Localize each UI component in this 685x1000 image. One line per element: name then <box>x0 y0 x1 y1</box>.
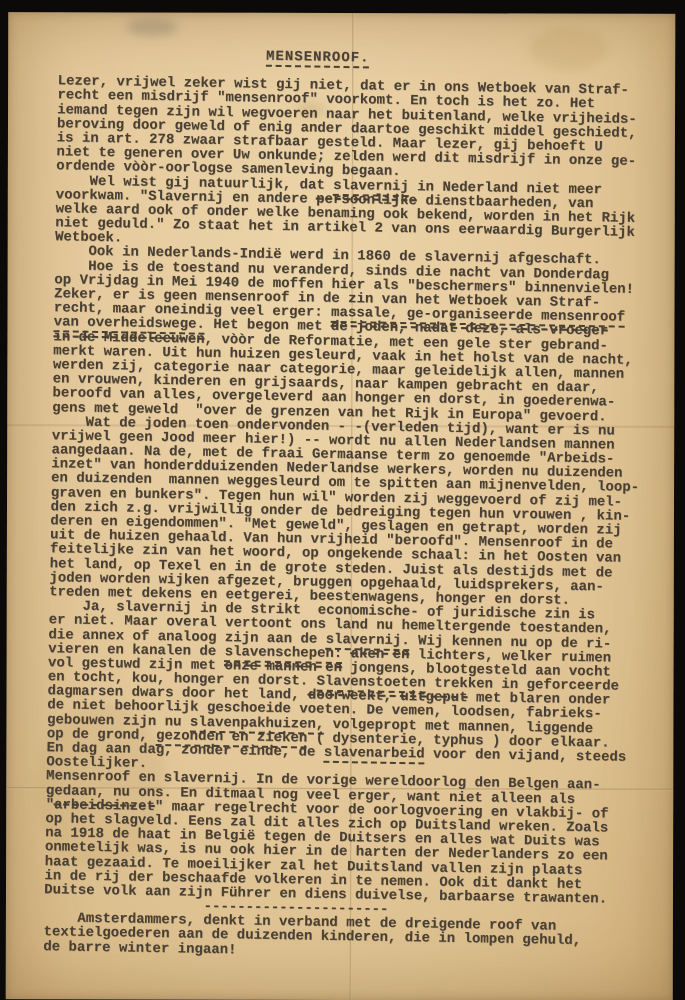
paragraph-7: Mensenroof en slavernij. In de vorige we… <box>44 770 646 908</box>
smudge-stain <box>126 18 178 35</box>
paragraph-1: Lezer, vrijwel zeker wist gij niet, dat … <box>56 74 658 183</box>
photo-background: { "colors": { "background": "#0b0a08", "… <box>0 0 685 1000</box>
paragraph-9: Amsterdammers, denkt in verband met de d… <box>43 911 644 964</box>
paragraph-4: Hoe is de toestand nu veranderd, sinds d… <box>52 259 655 425</box>
paper-sheet: MENSENROOF. Lezer, vrijwel zeker wist gi… <box>6 12 676 1000</box>
paragraph-6: Ja, slavernij in de strikt economische- … <box>46 599 649 779</box>
paragraph-5: Wat de joden toen ondervonden - -(verled… <box>49 415 652 609</box>
typed-text-block: MENSENROOF. Lezer, vrijwel zeker wist gi… <box>43 46 658 964</box>
paragraph-2: Wel wist gij natuurlijk, dat slavernij i… <box>55 174 656 255</box>
document-title: MENSENROOF. <box>266 50 370 69</box>
document-body: Lezer, vrijwel zeker wist gij niet, dat … <box>43 74 658 963</box>
